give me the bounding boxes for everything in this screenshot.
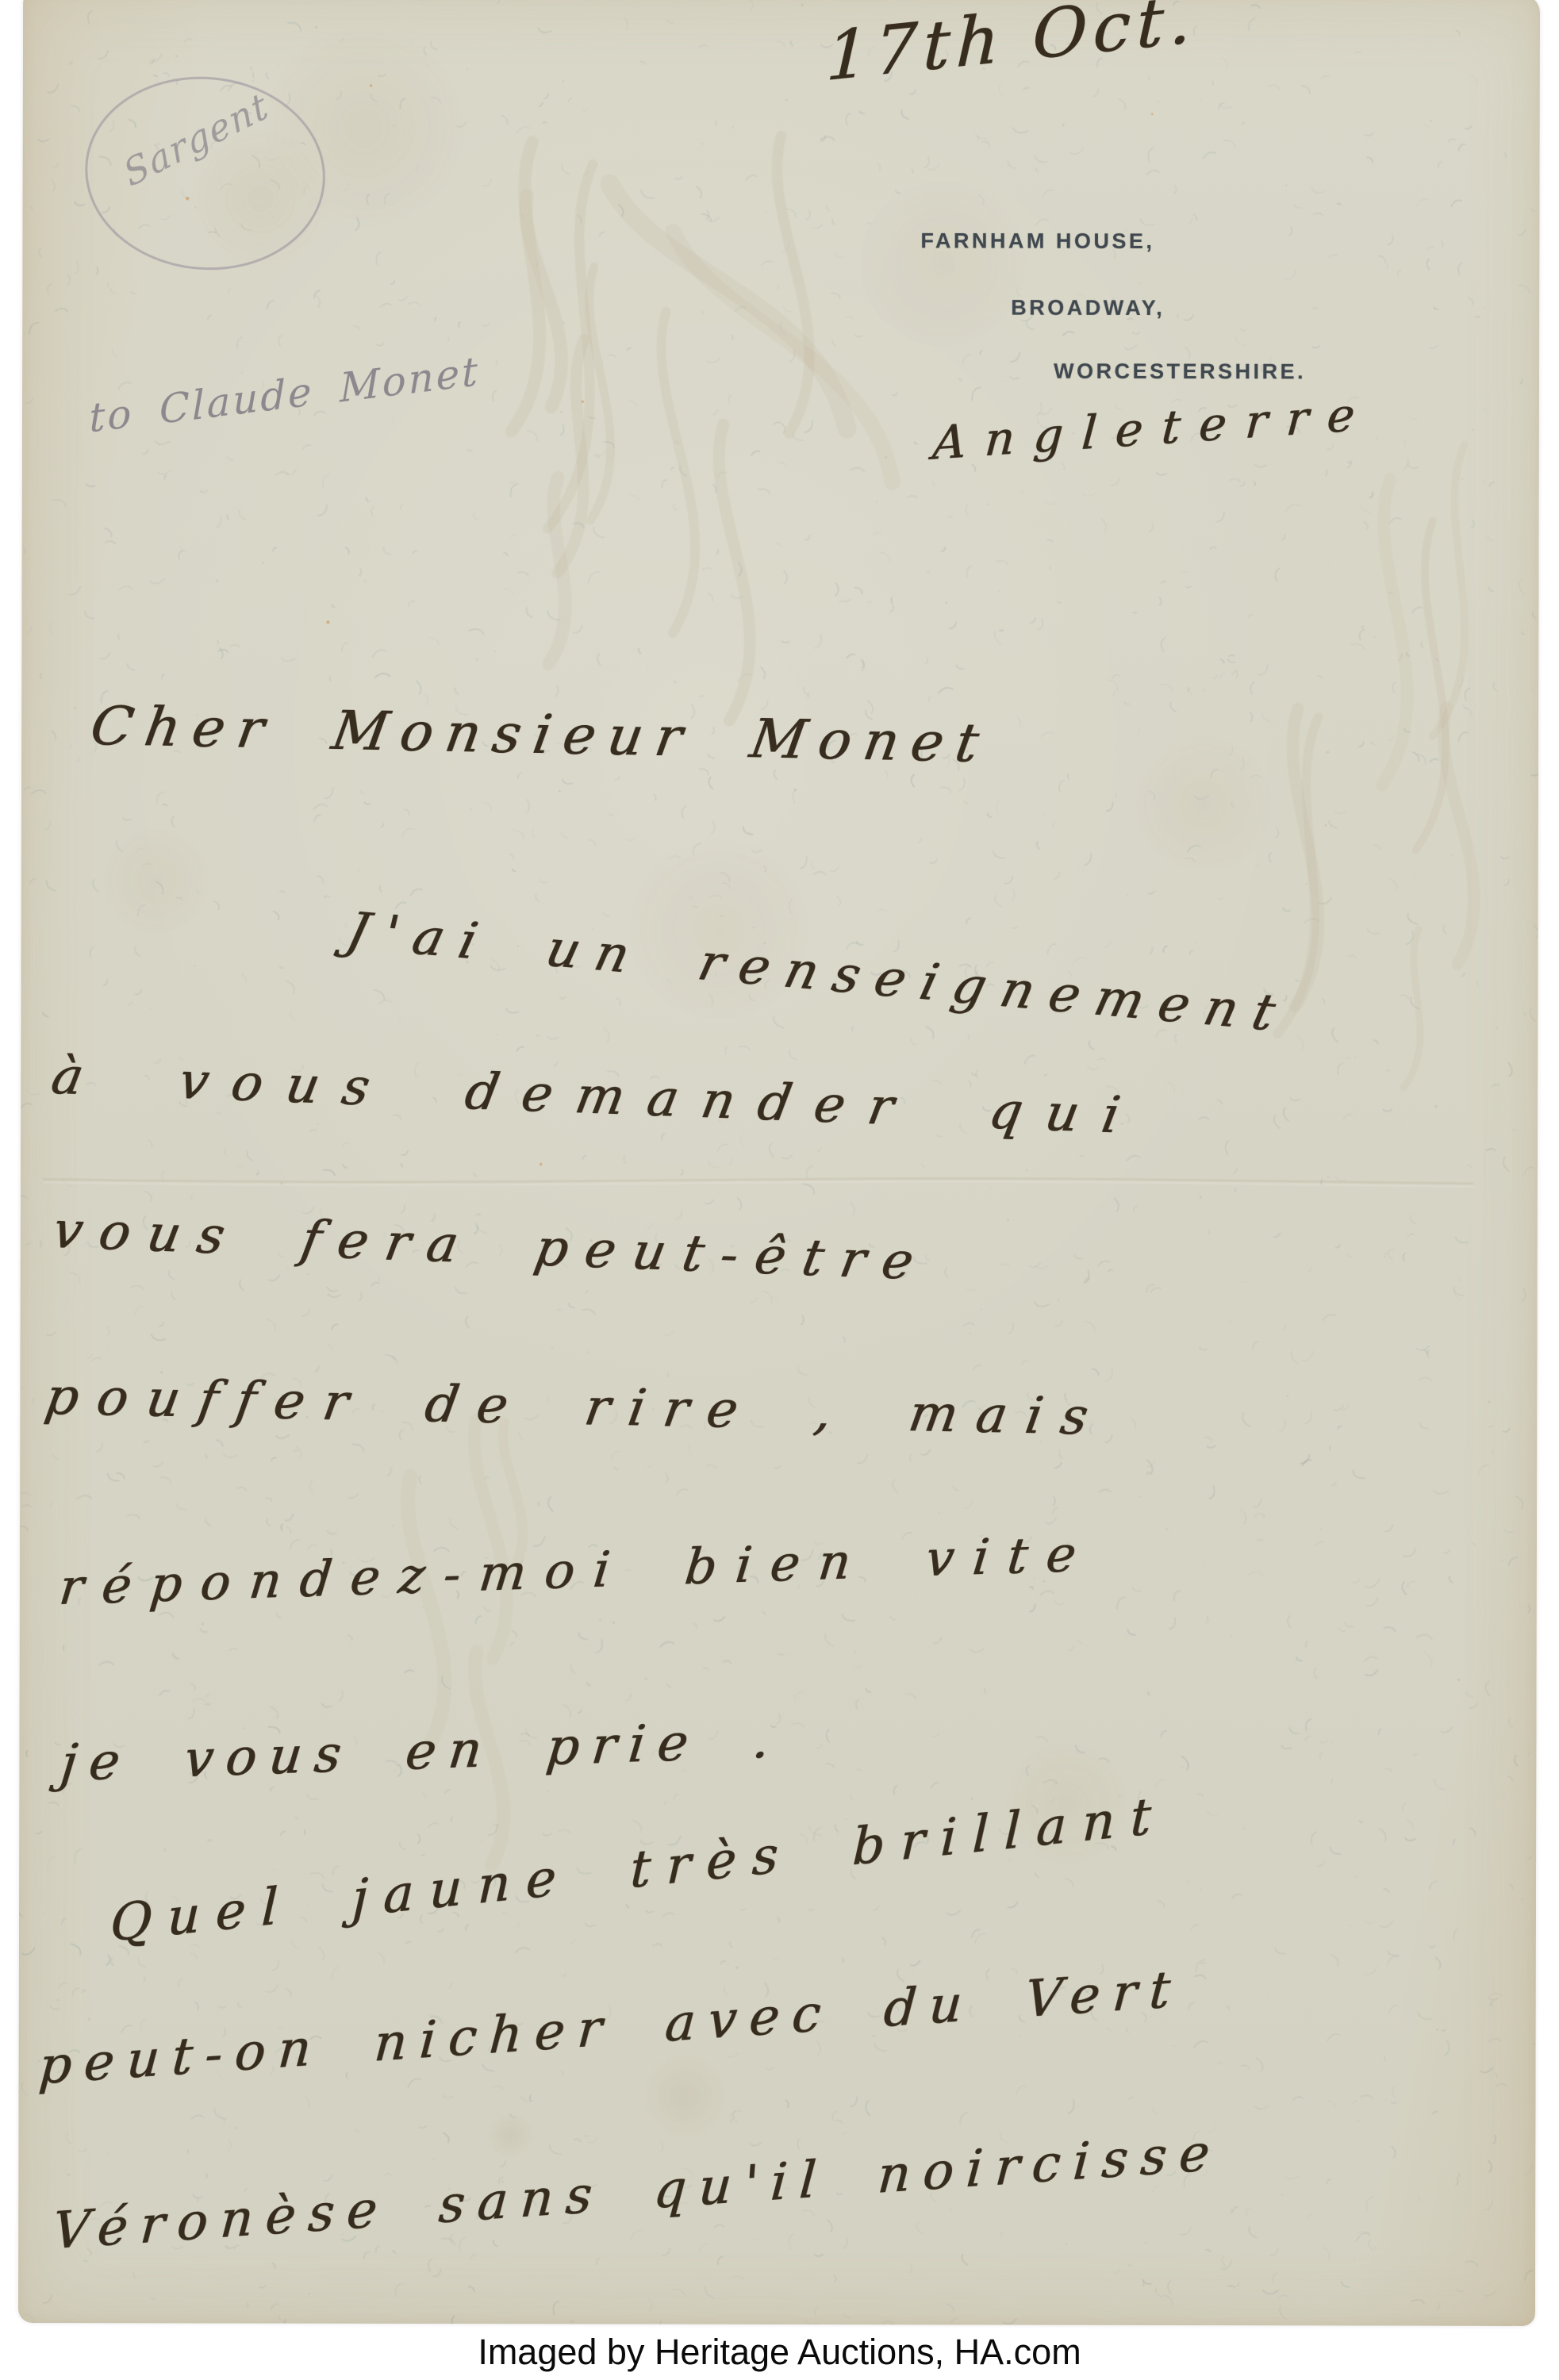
pencil-circle	[78, 71, 332, 282]
imaging-caption: Imaged by Heritage Auctions, HA.com	[0, 2328, 1559, 2377]
letterhead-line-1: FARNHAM HOUSE,	[920, 228, 1154, 254]
paper-texture	[18, 0, 1540, 2326]
letterhead-line-3: WORCESTERSHIRE.	[1054, 359, 1306, 385]
letter-paper: 17th Oct. FARNHAM HOUSE, BROADWAY, WORCE…	[18, 0, 1540, 2326]
letterhead-line-2: BROADWAY,	[1011, 296, 1165, 321]
